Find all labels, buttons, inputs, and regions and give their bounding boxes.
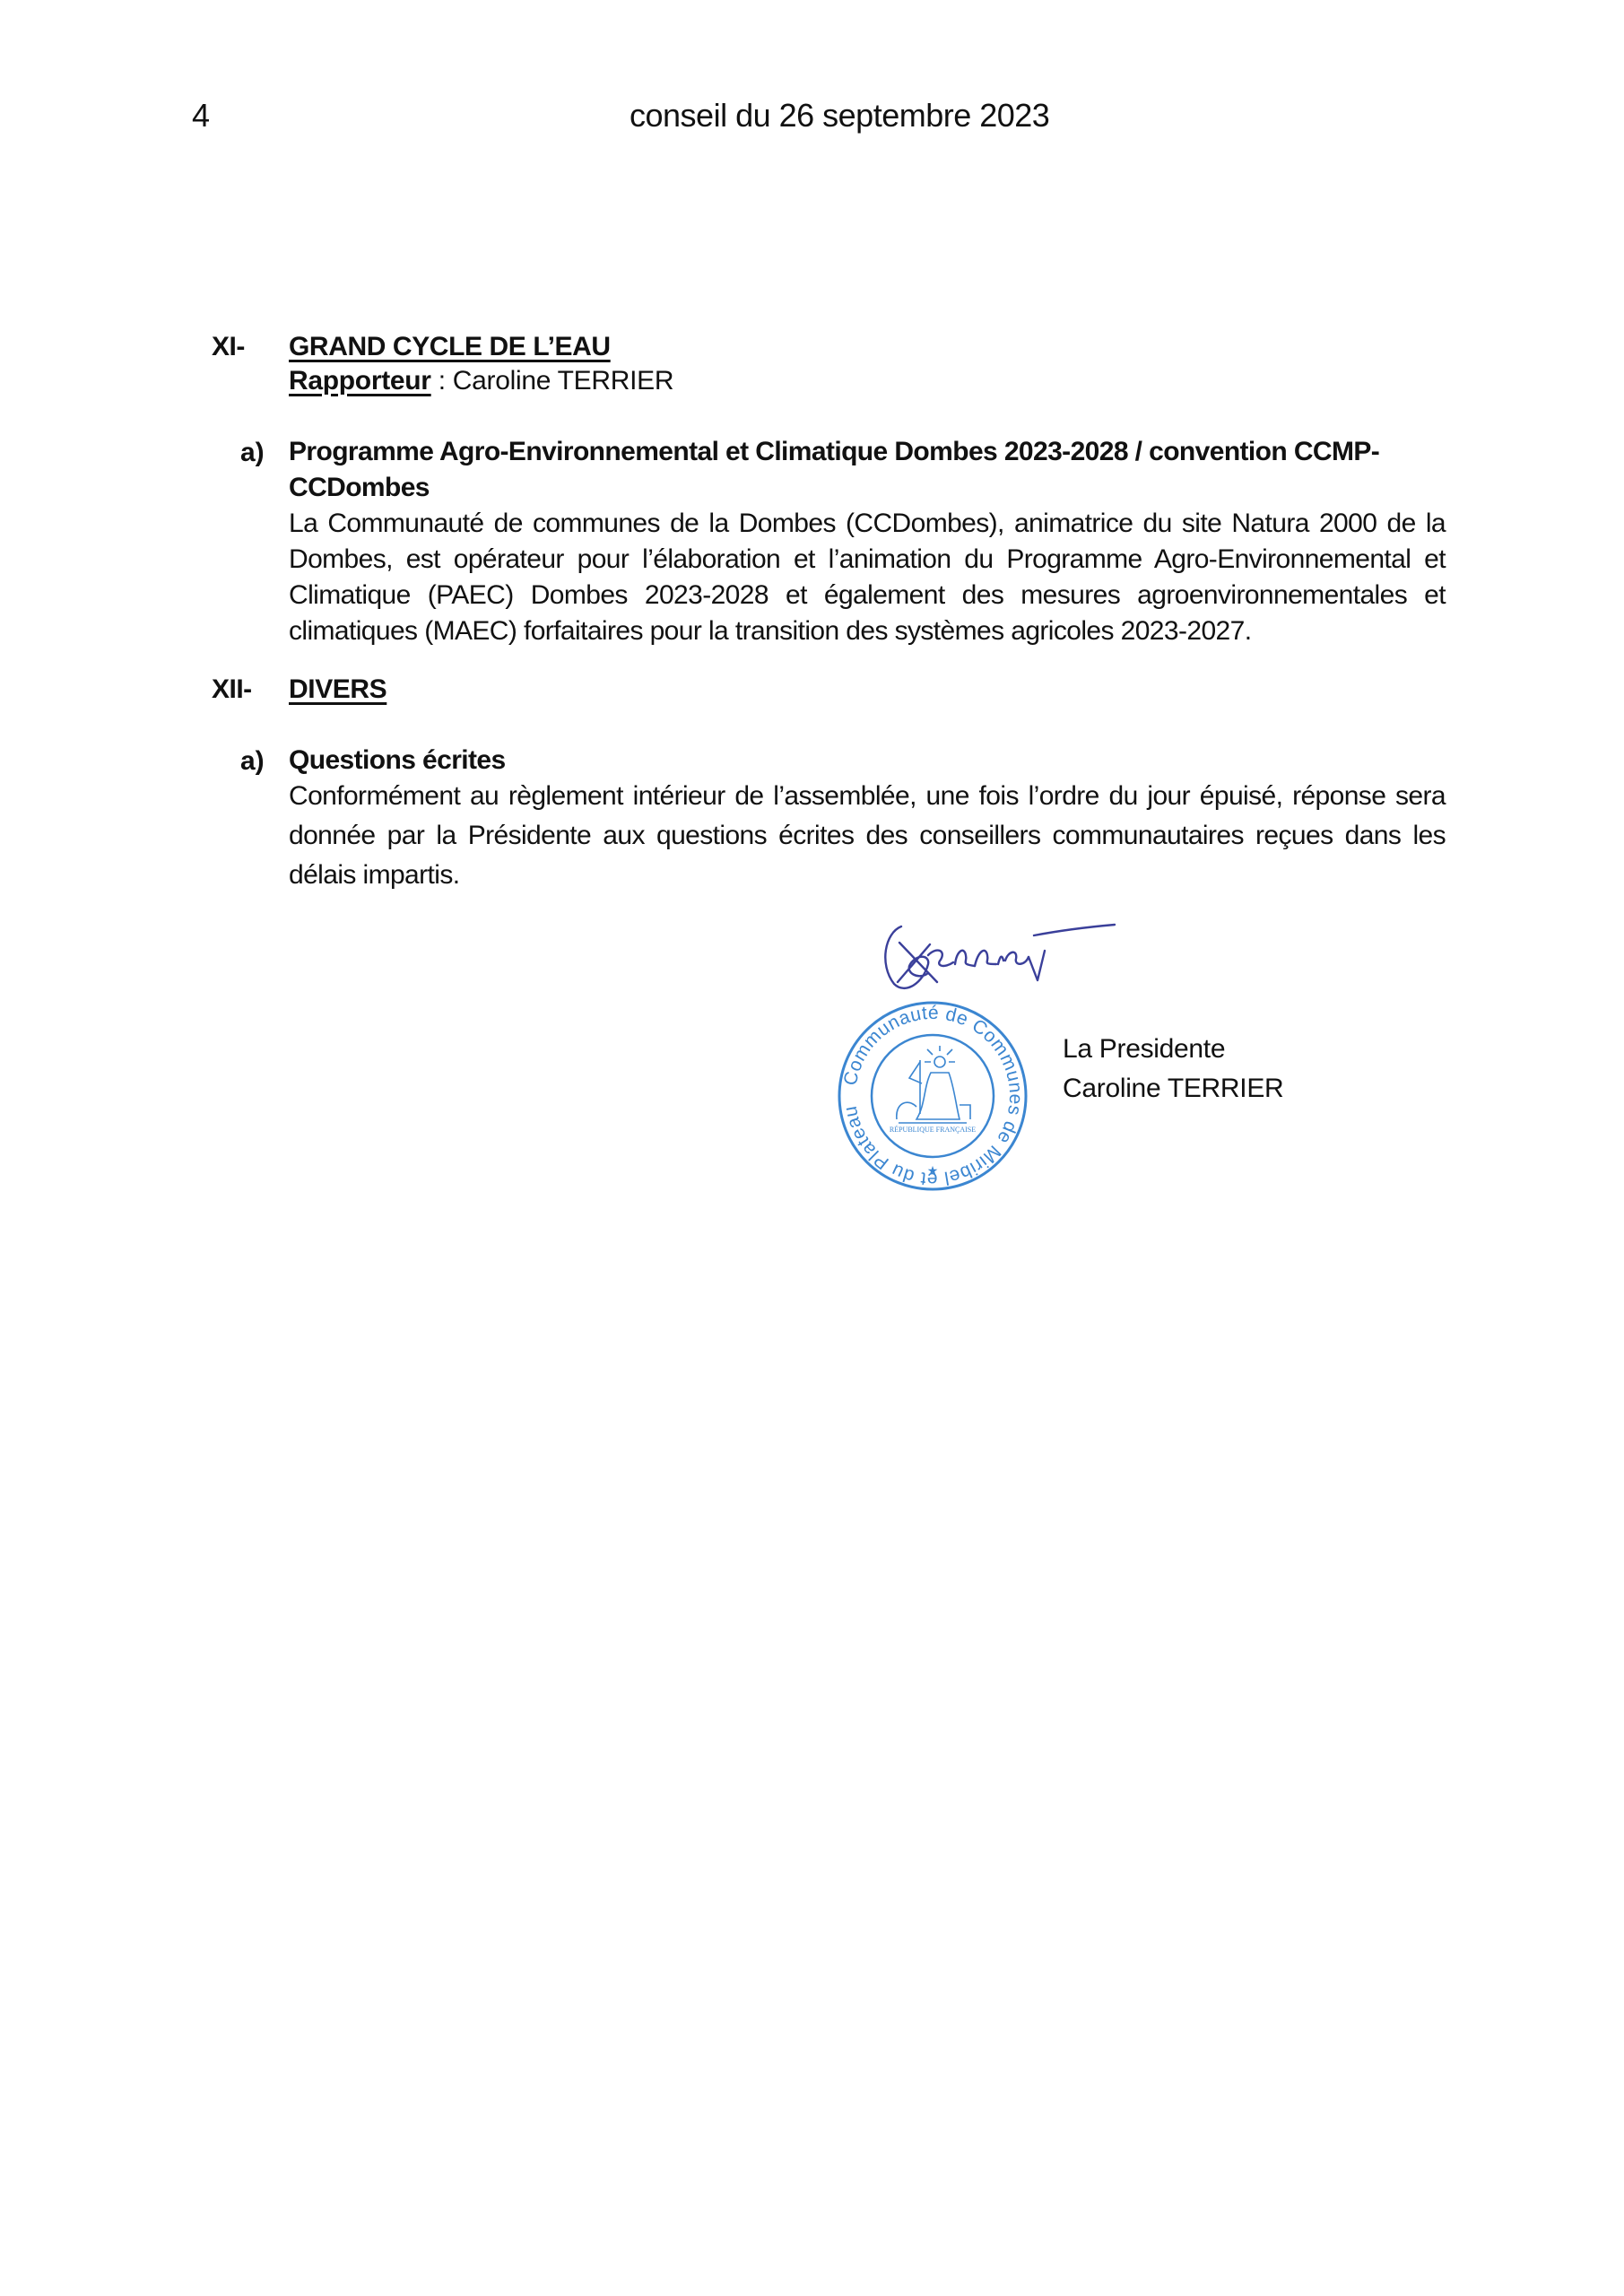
item-title: Questions écrites: [289, 743, 1455, 778]
section-title: GRAND CYCLE DE L’EAU: [289, 332, 611, 362]
handwritten-signature: [874, 910, 1143, 1000]
item-title-line-2: CCDombes: [289, 470, 1455, 506]
item-letter: a): [240, 438, 265, 468]
marianne-emblem: [897, 1046, 970, 1123]
item-letter: a): [240, 746, 265, 777]
item-title: Programme Agro-Environnemental et Climat…: [289, 434, 1455, 506]
section-title: DIVERS: [289, 674, 386, 705]
rapporteur-separator: :: [431, 366, 453, 396]
svg-text:RÉPUBLIQUE FRANÇAISE: RÉPUBLIQUE FRANÇAISE: [890, 1125, 976, 1134]
page-header-title: conseil du 26 septembre 2023: [630, 97, 1049, 135]
svg-text:Communauté de Communes de Miri: Communauté de Communes de Miribel et du …: [840, 1003, 1026, 1189]
official-stamp: Communauté de Communes de Miribel et du …: [834, 997, 1031, 1195]
section-number: XI-: [212, 332, 245, 362]
star-icon: ★: [927, 1164, 939, 1178]
rapporteur-name: Caroline TERRIER: [453, 366, 673, 396]
signatory-name: Caroline TERRIER: [1063, 1074, 1283, 1104]
rapporteur-line: Rapporteur : Caroline TERRIER: [289, 366, 673, 396]
rapporteur-label: Rapporteur: [289, 366, 431, 396]
page-number: 4: [192, 97, 210, 135]
section-number: XII-: [212, 674, 252, 705]
item-paragraph: Conformément au règlement intérieur de l…: [289, 777, 1446, 895]
item-title-line-1: Programme Agro-Environnemental et Climat…: [289, 434, 1455, 470]
signatory-role: La Presidente: [1063, 1034, 1225, 1065]
item-paragraph: La Communauté de communes de la Dombes (…: [289, 506, 1446, 649]
